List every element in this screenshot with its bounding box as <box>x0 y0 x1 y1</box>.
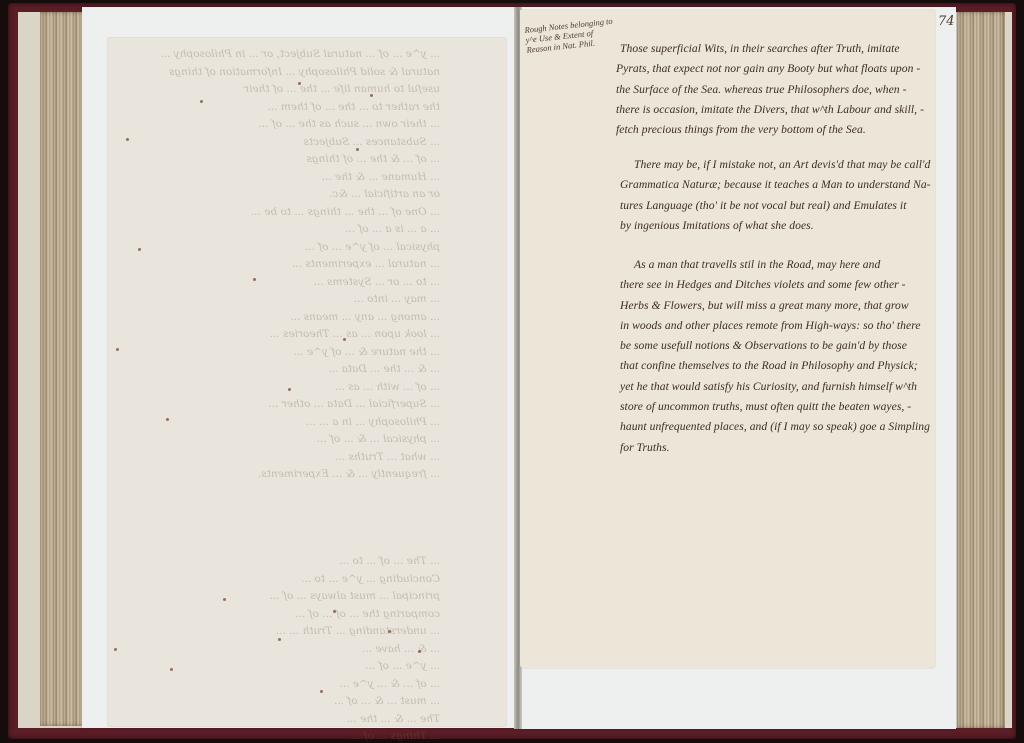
text-line: Those superficial Wits, in their searche… <box>620 39 932 59</box>
ink-speck <box>418 650 421 653</box>
text-line: tures Language (tho' it be not vocal but… <box>620 196 932 216</box>
paragraph-traveller-analogy: As a man that travells stil in the Road,… <box>620 255 932 458</box>
ink-speck <box>288 388 291 391</box>
left-manuscript-leaf: ... y^e ... of ... natural Subject, or .… <box>108 38 506 726</box>
text-line: in woods and other places remote from Hi… <box>620 316 932 336</box>
ink-speck <box>320 690 323 693</box>
text-line: the Surface of the Sea. whereas true Phi… <box>616 80 932 100</box>
ink-speck <box>370 94 373 97</box>
text-line: for Truths. <box>620 438 932 458</box>
text-line: there see in Hedges and Ditches violets … <box>620 275 932 295</box>
text-line: Grammatica Naturæ; because it teaches a … <box>620 175 932 195</box>
ink-speck <box>114 648 117 651</box>
marginal-note: Rough Notes belonging to y^e Use & Exten… <box>524 16 617 55</box>
text-line: Herbs & Flowers, but will miss a great m… <box>620 296 932 316</box>
paragraph-grammatica-naturae: There may be, if I mistake not, an Art d… <box>620 155 932 236</box>
text-line: As a man that travells stil in the Road,… <box>620 255 932 275</box>
ink-speck <box>170 668 173 671</box>
text-line: store of uncommon truths, must often qui… <box>620 397 932 417</box>
text-line: yet he that would satisfy his Curiosity,… <box>620 377 932 397</box>
text-line: fetch precious things from the very bott… <box>616 120 932 140</box>
text-line: There may be, if I mistake not, an Art d… <box>620 155 932 175</box>
right-fore-edge <box>957 12 1005 728</box>
folio-number: 74 <box>938 14 955 29</box>
ink-speck <box>343 338 346 341</box>
ink-speck <box>200 100 203 103</box>
ink-speck <box>126 138 129 141</box>
ink-speck <box>223 598 226 601</box>
text-line: haunt unfrequented places, and (if I may… <box>620 417 932 437</box>
left-fore-edge <box>40 12 84 726</box>
right-manuscript-leaf: 74 Rough Notes belonging to y^e Use & Ex… <box>520 10 935 668</box>
text-line: be some usefull notions & Observations t… <box>620 336 932 356</box>
ink-speck <box>138 248 141 251</box>
ink-speck <box>166 418 169 421</box>
text-line: by ingenious Imitations of what she does… <box>620 216 932 236</box>
bleed-through-text-bottom: ... The ... of ... to ... Concluding ...… <box>120 553 440 743</box>
ink-speck <box>253 278 256 281</box>
text-line: Pyrats, that expect not nor gain any Boo… <box>616 59 932 79</box>
text-line: that confine themselves to the Road in P… <box>620 356 932 376</box>
text-line: there is occasion, imitate the Divers, t… <box>616 100 932 120</box>
ink-speck <box>333 610 336 613</box>
ink-speck <box>298 82 301 85</box>
ink-speck <box>278 638 281 641</box>
ink-speck <box>116 348 119 351</box>
ink-speck <box>356 148 359 151</box>
paragraph-superficial-wits: Those superficial Wits, in their searche… <box>620 39 932 140</box>
ink-speck <box>388 630 391 633</box>
